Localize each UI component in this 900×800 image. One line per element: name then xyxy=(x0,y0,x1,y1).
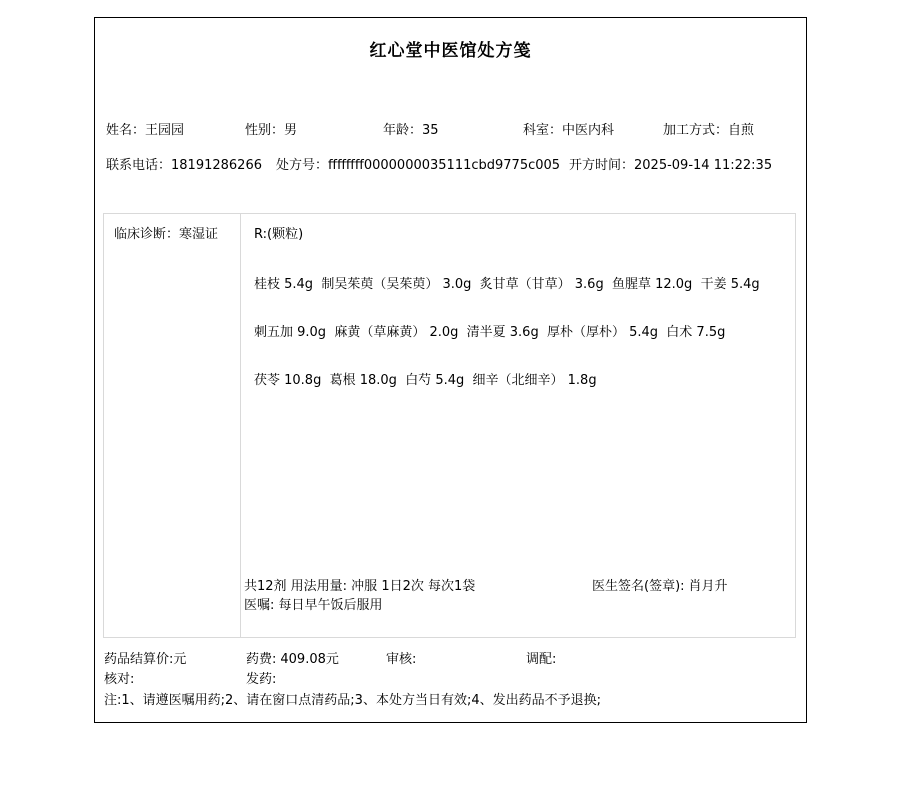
doctor-signature-value: 肖月升 xyxy=(689,579,728,594)
prescription-page: 红心堂中医馆处方笺 姓名：王园园 性别：男 年龄：35 科室：中医内科 加工方式… xyxy=(0,0,900,800)
dispense-field: 发药: xyxy=(246,671,280,688)
prescription-sheet: 红心堂中医馆处方笺 姓名：王园园 性别：男 年龄：35 科室：中医内科 加工方式… xyxy=(94,17,807,723)
fee-value: 409.08元 xyxy=(280,652,339,667)
issue-time-label: 开方时间： xyxy=(569,158,634,173)
issue-time-value: 2025-09-14 11:22:35 xyxy=(634,158,772,173)
age-label: 年龄： xyxy=(383,123,422,138)
issue-time-field: 开方时间：2025-09-14 11:22:35 xyxy=(569,157,772,174)
diagnosis-field: 临床诊断：寒湿证 xyxy=(114,226,218,243)
gender-field: 性别：男 xyxy=(245,122,297,139)
dispense-label: 发药: xyxy=(246,672,276,687)
doctor-signature-label: 医生签名(签章): xyxy=(592,579,685,594)
rx-number-field: 处方号：ffffffff0000000035111cbd9775c005 xyxy=(276,157,560,174)
usage-line: 共12剂 用法用量: 冲服 1日2次 每次1袋 xyxy=(244,578,475,595)
fee-label: 药费: xyxy=(246,652,276,667)
clinic-title: 红心堂中医馆处方笺 xyxy=(95,36,806,61)
department-value: 中医内科 xyxy=(562,123,614,138)
prescription-body-box: 临床诊断：寒湿证 R:(颗粒) 桂枝 5.4g 制吴茱萸（吴茱萸） 3.0g 炙… xyxy=(103,213,796,638)
herb-line-2: 刺五加 9.0g 麻黄（草麻黄） 2.0g 清半夏 3.6g 厚朴（厚朴） 5.… xyxy=(254,324,725,341)
compound-label: 调配: xyxy=(526,652,556,667)
advice-line: 医嘱: 每日早午饭后服用 xyxy=(244,597,383,614)
rx-number-value: ffffffff0000000035111cbd9775c005 xyxy=(328,158,560,173)
gender-value: 男 xyxy=(284,123,297,138)
check-field: 核对: xyxy=(104,671,138,688)
patient-name-value: 王园园 xyxy=(145,123,184,138)
rx-marker: R:(颗粒) xyxy=(254,226,303,243)
patient-name-label: 姓名： xyxy=(106,123,145,138)
processing-value: 自煎 xyxy=(728,123,754,138)
processing-label: 加工方式： xyxy=(663,123,728,138)
footer-note: 注:1、请遵医嘱用药;2、请在窗口点清药品;3、本处方当日有效;4、发出药品不予… xyxy=(104,692,601,709)
settlement-label: 药品结算价: xyxy=(104,652,173,667)
herb-line-3: 茯苓 10.8g 葛根 18.0g 白芍 5.4g 细辛（北细辛） 1.8g xyxy=(254,372,597,389)
review-field: 审核: xyxy=(386,651,420,668)
processing-field: 加工方式：自煎 xyxy=(663,122,754,139)
gender-label: 性别： xyxy=(245,123,284,138)
phone-value: 18191286266 xyxy=(171,158,262,173)
settlement-value: 元 xyxy=(173,652,186,667)
diagnosis-column-divider xyxy=(240,214,241,637)
review-label: 审核: xyxy=(386,652,416,667)
diagnosis-value: 寒湿证 xyxy=(179,227,218,242)
doctor-signature-field: 医生签名(签章):肖月升 xyxy=(592,578,728,595)
department-label: 科室： xyxy=(523,123,562,138)
phone-field: 联系电话：18191286266 xyxy=(106,157,262,174)
fee-field: 药费:409.08元 xyxy=(246,651,339,668)
age-field: 年龄：35 xyxy=(383,122,439,139)
check-label: 核对: xyxy=(104,672,134,687)
department-field: 科室：中医内科 xyxy=(523,122,614,139)
herb-line-1: 桂枝 5.4g 制吴茱萸（吴茱萸） 3.0g 炙甘草（甘草） 3.6g 鱼腥草 … xyxy=(254,276,760,293)
age-value: 35 xyxy=(422,123,439,138)
phone-label: 联系电话： xyxy=(106,158,171,173)
compound-field: 调配: xyxy=(526,651,560,668)
diagnosis-label: 临床诊断： xyxy=(114,227,179,242)
patient-name-field: 姓名：王园园 xyxy=(106,122,184,139)
rx-number-label: 处方号： xyxy=(276,158,328,173)
settlement-field: 药品结算价:元 xyxy=(104,651,186,668)
